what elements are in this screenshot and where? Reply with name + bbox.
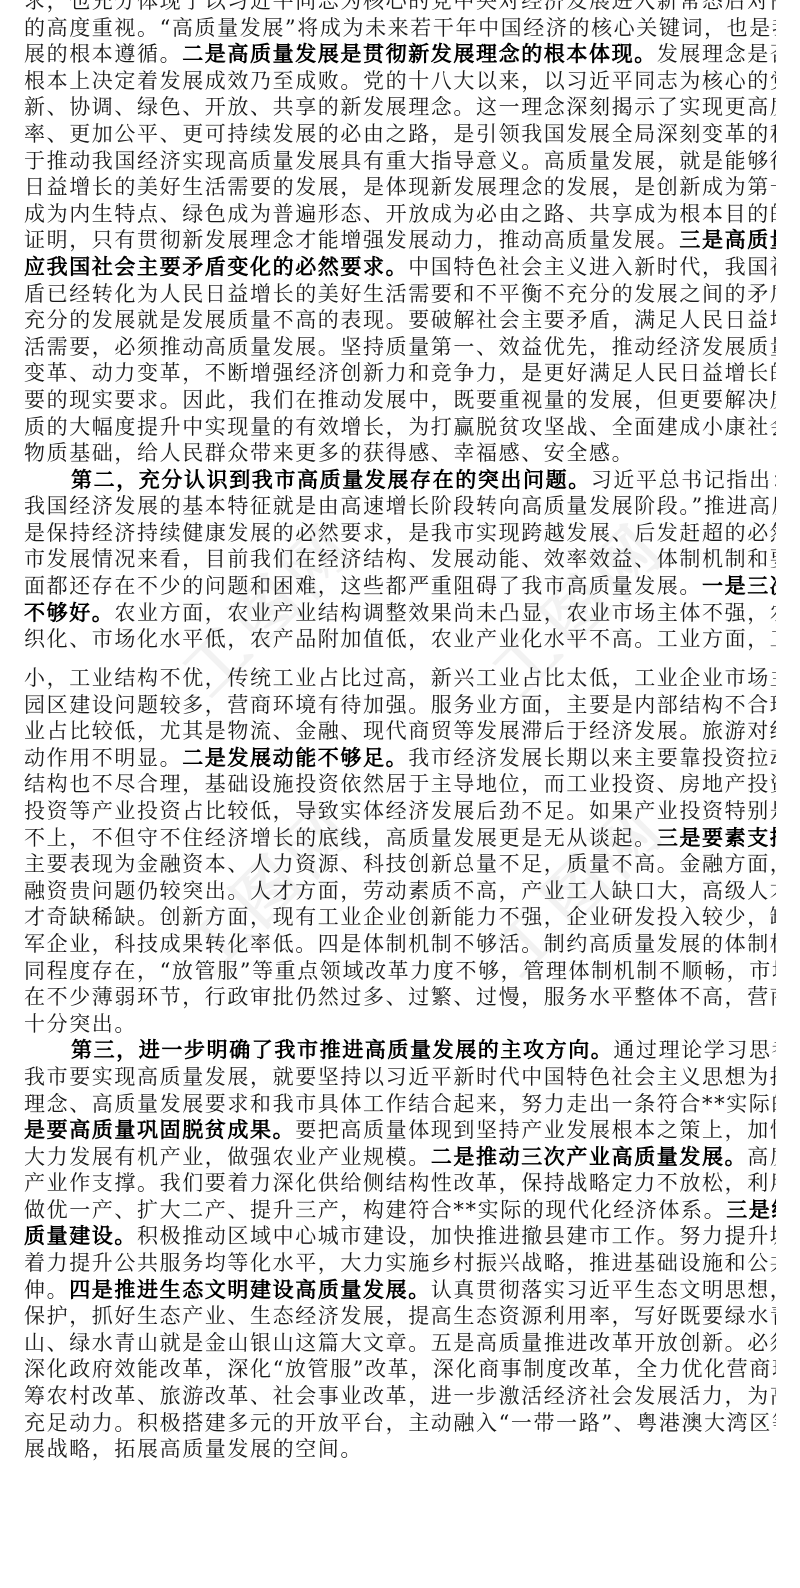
body-text: 求，也充分体现了以习近平同志为核心的党中央对经济发展进入新常态后对高质量发展 bbox=[24, 0, 776, 13]
bold-heading-text: 应我国社会主要矛盾变化的必然要求。 bbox=[24, 254, 408, 279]
text-line: 是保持经济持续健康发展的必然要求，是我市实现跨越发展、后发赶超的必然要求。从我 bbox=[24, 520, 776, 547]
body-text: 结构也不尽合理，基础设施投资依然居于主导地位，而工业投资、房地产投资和公共服务 bbox=[24, 772, 776, 796]
text-line: 十分突出。 bbox=[24, 1011, 776, 1038]
body-text: 山、绿水青山就是金山银山这篇大文章。五是高质量推进改革开放创新。必须高举改革之旗… bbox=[24, 1331, 776, 1355]
text-line: 根本上决定着发展成效乃至成败。党的十八大以来，以习近平同志为核心的党中央提出创 bbox=[24, 68, 776, 95]
body-text: 要的现实要求。因此，我们在推动发展中，既要重视量的发展，但更要解决质的问题，在 bbox=[24, 388, 776, 412]
text-line: 不够好。农业方面，农业产业结构调整效果尚未凸显，农业市场主体不强，农业生产组 bbox=[24, 600, 776, 627]
body-text: 大力发展有机产业，做强农业产业规模。 bbox=[24, 1145, 431, 1169]
body-text: 业占比较低，尤其是物流、金融、现代商贸等发展滞后于经济发展。旅游对经济增长的拉 bbox=[24, 719, 776, 743]
body-text: 产业作支撑。我们要着力深化供给侧结构性改革，保持战略定力不放松，利用好资源禀赋， bbox=[24, 1171, 776, 1195]
text-line: 于推动我国经济实现高质量发展具有重大指导意义。高质量发展，就是能够很好满足人民 bbox=[24, 148, 776, 175]
body-text: 活需要，必须推动高质量发展。坚持质量第一、效益优先，推动经济发展质量变革、效率 bbox=[24, 335, 776, 359]
text-line: 筹农村改革、旅游改革、社会事业改革，进一步激活经济社会发展活力，为高质量发展提供 bbox=[24, 1383, 776, 1410]
body-text: 展的根本遵循。 bbox=[24, 42, 182, 66]
body-text: 展战略，拓展高质量发展的空间。 bbox=[24, 1437, 363, 1461]
text-line: 应我国社会主要矛盾变化的必然要求。中国特色社会主义进入新时代，我国社会主要矛 bbox=[24, 254, 776, 281]
text-line: 大力发展有机产业，做强农业产业规模。二是推动三次产业高质量发展。高质量发展必须有 bbox=[24, 1144, 776, 1171]
body-text: 深化政府效能改革，深化“放管服”改革，深化商事制度改革，全力优化营商环境。全面统 bbox=[24, 1357, 776, 1381]
text-line: 第三，进一步明确了我市推进高质量发展的主攻方向。通过理论学习思考，让我认识到， bbox=[24, 1037, 776, 1064]
text-line: 新、协调、绿色、开放、共享的新发展理念。这一理念深刻揭示了实现更高质量、更有效 bbox=[24, 94, 776, 121]
page-text-block-1: 求，也充分体现了以习近平同志为核心的党中央对经济发展进入新常态后对高质量发展的高… bbox=[24, 0, 776, 653]
text-line: 的高度重视。“高质量发展”将成为未来若干年中国经济的核心关键词，也是我们推动发 bbox=[24, 15, 776, 42]
bold-heading-text: 第三，进一步明确了我市推进高质量发展的主攻方向。 bbox=[71, 1037, 613, 1062]
text-line: 物质基础，给人民群众带来更多的获得感、幸福感、安全感。 bbox=[24, 440, 776, 467]
body-text: 积极推动区域中心城市建设，加快推进撤县建市工作。努力提升城镇建设品质， bbox=[137, 1224, 776, 1248]
text-line: 盾已经转化为人民日益增长的美好生活需要和不平衡不充分的发展之间的矛盾，不平衡不 bbox=[24, 281, 776, 308]
body-text: 证明，只有贯彻新发展理念才能增强发展动力，推动高质量发展。 bbox=[24, 228, 679, 252]
body-text: 我市经济发展长期以来主要靠投资拉动，且投资 bbox=[408, 746, 776, 770]
body-text: 保护，抓好生态产业、生态经济发展，提高生态资源利用率，写好既要绿水青山也要金山银 bbox=[24, 1304, 776, 1328]
body-text: 融资贵问题仍较突出。人才方面，劳动素质不高，产业工人缺口大，高级人才、复合型人 bbox=[24, 879, 776, 903]
body-text: 织化、市场化水平低，农产品附加值低，农业产业化水平不高。工业方面，工业经济总量 bbox=[24, 627, 776, 651]
body-text: 通过理论学习思考，让我认识到， bbox=[613, 1038, 776, 1062]
body-text: 新、协调、绿色、开放、共享的新发展理念。这一理念深刻揭示了实现更高质量、更有效 bbox=[24, 95, 776, 119]
body-text: 的高度重视。“高质量发展”将成为未来若干年中国经济的核心关键词，也是我们推动发 bbox=[24, 16, 776, 40]
text-line: 深化政府效能改革，深化“放管服”改革，深化商事制度改革，全力优化营商环境。全面统 bbox=[24, 1356, 776, 1383]
text-line: 投资等产业投资占比较低，导致实体经济发展后劲不足。如果产业投资特别是工业投资跟 bbox=[24, 798, 776, 825]
body-text: 动作用不明显。 bbox=[24, 746, 182, 770]
bold-heading-text: 一是三次产业结构 bbox=[702, 573, 776, 598]
body-text: 物质基础，给人民群众带来更多的获得感、幸福感、安全感。 bbox=[24, 441, 634, 465]
bold-heading-text: 是要高质量巩固脱贫成果。 bbox=[24, 1117, 295, 1142]
body-text: 小，工业结构不优，传统工业占比过高，新兴工业占比太低，工业企业市场主体不大不强， bbox=[24, 666, 776, 690]
text-line: 动作用不明显。二是发展动能不够足。我市经济发展长期以来主要靠投资拉动，且投资 bbox=[24, 745, 776, 772]
bold-heading-text: 四是推进生态文明建设高质量发展。 bbox=[69, 1277, 431, 1302]
text-line: 小，工业结构不优，传统工业占比过高，新兴工业占比太低，工业企业市场主体不大不强， bbox=[24, 665, 776, 692]
text-line: 面都还存在不少的问题和困难，这些都严重阻碍了我市高质量发展。一是三次产业结构 bbox=[24, 573, 776, 600]
body-text: 是保持经济持续健康发展的必然要求，是我市实现跨越发展、后发赶超的必然要求。从我 bbox=[24, 521, 776, 545]
text-line: 产业作支撑。我们要着力深化供给侧结构性改革，保持战略定力不放松，利用好资源禀赋， bbox=[24, 1170, 776, 1197]
body-text: 认真贯彻落实习近平生态文明思想，加强生态环境 bbox=[431, 1278, 776, 1302]
text-line: 主要表现为金融资本、人力资源、科技创新总量不足，质量不高。金融方面，企业融资难 bbox=[24, 851, 776, 878]
text-line: 我国经济发展的基本特征就是由高速增长阶段转向高质量发展阶段。”推进高质量发展， bbox=[24, 493, 776, 520]
body-text: 伸。 bbox=[24, 1278, 69, 1302]
body-text: 着力提升公共服务均等化水平，大力实施乡村振兴战略，推进基础设施和公共服务向乡村延 bbox=[24, 1251, 776, 1275]
body-text: 做优一产、扩大二产、提升三产，构建符合**实际的现代化经济体系。 bbox=[24, 1198, 726, 1222]
text-line: 才奇缺稀缺。创新方面，现有工业企业创新能力不强，企业研发投入较少，缺乏创新型领 bbox=[24, 904, 776, 931]
text-line: 成为内生特点、绿色成为普遍形态、开放成为必由之路、共享成为根本目的的发展。事实 bbox=[24, 201, 776, 228]
body-text: 才奇缺稀缺。创新方面，现有工业企业创新能力不强，企业研发投入较少，缺乏创新型领 bbox=[24, 905, 776, 929]
body-text: 我市要实现高质量发展，就要坚持以习近平新时代中国特色社会主义思想为指导，把新发展 bbox=[24, 1065, 776, 1089]
text-line: 我市要实现高质量发展，就要坚持以习近平新时代中国特色社会主义思想为指导，把新发展 bbox=[24, 1064, 776, 1091]
text-line: 着力提升公共服务均等化水平，大力实施乡村振兴战略，推进基础设施和公共服务向乡村延 bbox=[24, 1250, 776, 1277]
body-text: 面都还存在不少的问题和困难，这些都严重阻碍了我市高质量发展。 bbox=[24, 574, 702, 598]
page-text-block-2: 小，工业结构不优，传统工业占比过高，新兴工业占比太低，工业企业市场主体不大不强，… bbox=[24, 665, 776, 1463]
bold-heading-text: 第二，充分认识到我市高质量发展存在的突出问题。 bbox=[71, 467, 591, 492]
body-text: 我国经济发展的基本特征就是由高速增长阶段转向高质量发展阶段。”推进高质量发展， bbox=[24, 494, 776, 518]
body-text: 充分的发展就是发展质量不高的表现。要破解社会主要矛盾，满足人民日益增长的美好生 bbox=[24, 308, 776, 332]
body-text: 盾已经转化为人民日益增长的美好生活需要和不平衡不充分的发展之间的矛盾，不平衡不 bbox=[24, 282, 776, 306]
bold-heading-text: 三是统筹推进城乡高 bbox=[726, 1197, 776, 1222]
body-text: 习近平总书记指出：“现阶段， bbox=[591, 468, 776, 492]
body-text: 发展理念是否对头，从 bbox=[657, 42, 776, 66]
body-text: 十分突出。 bbox=[24, 1012, 137, 1036]
body-text: 高质量发展必须有 bbox=[747, 1145, 776, 1169]
text-line: 军企业，科技成果转化率低。四是体制机制不够活。制约高质量发展的体制机制障碍还不 bbox=[24, 931, 776, 958]
body-text: 率、更加公平、更可持续发展的必由之路，是引领我国发展全局深刻变革的科学指引，对 bbox=[24, 122, 776, 146]
body-text: 军企业，科技成果转化率低。四是体制机制不够活。制约高质量发展的体制机制障碍还不 bbox=[24, 932, 776, 956]
body-text: 根本上决定着发展成效乃至成败。党的十八大以来，以习近平同志为核心的党中央提出创 bbox=[24, 69, 776, 93]
text-line: 展战略，拓展高质量发展的空间。 bbox=[24, 1436, 776, 1463]
text-line: 理念、高质量发展要求和我市具体工作结合起来，努力走出一条符合**实际的发展新路。… bbox=[24, 1091, 776, 1118]
body-text: 投资等产业投资占比较低，导致实体经济发展后劲不足。如果产业投资特别是工业投资跟 bbox=[24, 799, 776, 823]
text-line: 充足动力。积极搭建多元的开放平台，主动融入“一带一路”、粤港澳大湾区等国家区域发 bbox=[24, 1410, 776, 1437]
text-line: 同程度存在，“放管服”等重点领域改革力度不够，管理体制机制不顺畅，市场监管仍存 bbox=[24, 958, 776, 985]
text-line: 率、更加公平、更可持续发展的必由之路，是引领我国发展全局深刻变革的科学指引，对 bbox=[24, 121, 776, 148]
body-text: 日益增长的美好生活需要的发展，是体现新发展理念的发展，是创新成为第一动力、协调 bbox=[24, 175, 776, 199]
text-line: 活需要，必须推动高质量发展。坚持质量第一、效益优先，推动经济发展质量变革、效率 bbox=[24, 334, 776, 361]
text-line: 织化、市场化水平低，农产品附加值低，农业产业化水平不高。工业方面，工业经济总量 bbox=[24, 626, 776, 653]
body-text: 质的大幅度提升中实现量的有效增长，为打赢脱贫攻坚战、全面建成小康社会奠定坚实的 bbox=[24, 415, 776, 439]
text-line: 伸。四是推进生态文明建设高质量发展。认真贯彻落实习近平生态文明思想，加强生态环境 bbox=[24, 1277, 776, 1304]
bold-heading-text: 三是高质量发展是适 bbox=[679, 227, 776, 252]
bold-heading-text: 二是发展动能不够足。 bbox=[182, 745, 408, 770]
bold-heading-text: 质量建设。 bbox=[24, 1223, 137, 1248]
body-text: 在不少薄弱环节，行政审批仍然过多、过繁、过慢，服务水平整体不高，营商环境问题还 bbox=[24, 985, 776, 1009]
text-line: 不上，不但守不住经济增长的底线，高质量发展更是无从谈起。三是要素支撑不够强。 bbox=[24, 825, 776, 852]
text-line: 充分的发展就是发展质量不高的表现。要破解社会主要矛盾，满足人民日益增长的美好生 bbox=[24, 307, 776, 334]
bold-heading-text: 三是要素支撑不够强。 bbox=[657, 825, 776, 850]
text-line: 做优一产、扩大二产、提升三产，构建符合**实际的现代化经济体系。三是统筹推进城乡… bbox=[24, 1197, 776, 1224]
body-text: 变革、动力变革，不断增强经济创新力和竞争力，是更好满足人民日益增长的美好生活需 bbox=[24, 361, 776, 385]
body-text: 不上，不但守不住经济增长的底线，高质量发展更是无从谈起。 bbox=[24, 826, 657, 850]
bold-heading-text: 不够好。 bbox=[24, 600, 114, 625]
text-line: 展的根本遵循。二是高质量发展是贯彻新发展理念的根本体现。发展理念是否对头，从 bbox=[24, 41, 776, 68]
text-line: 山、绿水青山就是金山银山这篇大文章。五是高质量推进改革开放创新。必须高举改革之旗… bbox=[24, 1330, 776, 1357]
text-line: 质的大幅度提升中实现量的有效增长，为打赢脱贫攻坚战、全面建成小康社会奠定坚实的 bbox=[24, 414, 776, 441]
text-line: 园区建设问题较多，营商环境有待加强。服务业方面，主要是内部结构不合理，现代服务 bbox=[24, 692, 776, 719]
body-text: 园区建设问题较多，营商环境有待加强。服务业方面，主要是内部结构不合理，现代服务 bbox=[24, 693, 776, 717]
body-text: 于推动我国经济实现高质量发展具有重大指导意义。高质量发展，就是能够很好满足人民 bbox=[24, 149, 776, 173]
text-line: 求，也充分体现了以习近平同志为核心的党中央对经济发展进入新常态后对高质量发展 bbox=[24, 0, 776, 15]
body-text: 同程度存在，“放管服”等重点领域改革力度不够，管理体制机制不顺畅，市场监管仍存 bbox=[24, 959, 776, 983]
text-line: 结构也不尽合理，基础设施投资依然居于主导地位，而工业投资、房地产投资和公共服务 bbox=[24, 771, 776, 798]
body-text: 理念、高质量发展要求和我市具体工作结合起来，努力走出一条符合**实际的发展新路。 bbox=[24, 1092, 776, 1116]
bold-heading-text: 二是高质量发展是贯彻新发展理念的根本体现。 bbox=[182, 41, 657, 66]
text-line: 是要高质量巩固脱贫成果。要把高质量体现到坚持产业发展根本之策上，加快产业结构调整… bbox=[24, 1117, 776, 1144]
body-text: 中国特色社会主义进入新时代，我国社会主要矛 bbox=[408, 255, 776, 279]
body-text: 农业方面，农业产业结构调整效果尚未凸显，农业市场主体不强，农业生产组 bbox=[114, 601, 776, 625]
text-line: 第二，充分认识到我市高质量发展存在的突出问题。习近平总书记指出：“现阶段， bbox=[24, 467, 776, 494]
text-line: 在不少薄弱环节，行政审批仍然过多、过繁、过慢，服务水平整体不高，营商环境问题还 bbox=[24, 984, 776, 1011]
body-text: 成为内生特点、绿色成为普遍形态、开放成为必由之路、共享成为根本目的的发展。事实 bbox=[24, 202, 776, 226]
bold-heading-text: 二是推动三次产业高质量发展。 bbox=[431, 1144, 747, 1169]
body-text: 要把高质量体现到坚持产业发展根本之策上，加快产业结构调整， bbox=[295, 1118, 776, 1142]
body-text: 主要表现为金融资本、人力资源、科技创新总量不足，质量不高。金融方面，企业融资难 bbox=[24, 852, 776, 876]
text-line: 市发展情况来看，目前我们在经济结构、发展动能、效率效益、体制机制和要素保障等方 bbox=[24, 546, 776, 573]
text-line: 质量建设。积极推动区域中心城市建设，加快推进撤县建市工作。努力提升城镇建设品质， bbox=[24, 1223, 776, 1250]
text-line: 要的现实要求。因此，我们在推动发展中，既要重视量的发展，但更要解决质的问题，在 bbox=[24, 387, 776, 414]
body-text: 筹农村改革、旅游改革、社会事业改革，进一步激活经济社会发展活力，为高质量发展提供 bbox=[24, 1384, 776, 1408]
text-line: 业占比较低，尤其是物流、金融、现代商贸等发展滞后于经济发展。旅游对经济增长的拉 bbox=[24, 718, 776, 745]
body-text: 充足动力。积极搭建多元的开放平台，主动融入“一带一路”、粤港澳大湾区等国家区域发 bbox=[24, 1411, 776, 1435]
text-line: 保护，抓好生态产业、生态经济发展，提高生态资源利用率，写好既要绿水青山也要金山银 bbox=[24, 1303, 776, 1330]
text-line: 证明，只有贯彻新发展理念才能增强发展动力，推动高质量发展。三是高质量发展是适 bbox=[24, 227, 776, 254]
text-line: 日益增长的美好生活需要的发展，是体现新发展理念的发展，是创新成为第一动力、协调 bbox=[24, 174, 776, 201]
text-line: 融资贵问题仍较突出。人才方面，劳动素质不高，产业工人缺口大，高级人才、复合型人 bbox=[24, 878, 776, 905]
body-text: 市发展情况来看，目前我们在经济结构、发展动能、效率效益、体制机制和要素保障等方 bbox=[24, 547, 776, 571]
text-line: 变革、动力变革，不断增强经济创新力和竞争力，是更好满足人民日益增长的美好生活需 bbox=[24, 360, 776, 387]
